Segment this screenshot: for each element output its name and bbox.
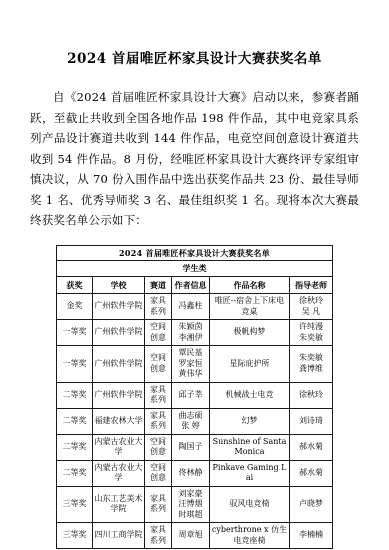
- award-cell: 二等奖: [56, 434, 92, 460]
- award-cell: 二等奖: [56, 460, 92, 486]
- track-cell: 家具 系列: [144, 486, 171, 523]
- table-row: 三等奖山东工艺美术学院家具 系列刘家豪 汪博烟 时琪超驭风电竞椅卢晓梦: [56, 486, 332, 523]
- track-cell: 空间 创意: [144, 320, 171, 346]
- award-cell: 金奖: [56, 294, 92, 320]
- advisors-cell: 李楠楠: [289, 523, 332, 549]
- school-cell: 四川工商学院: [92, 523, 144, 549]
- advisors-cell: 刘诗琦: [289, 408, 332, 434]
- school-cell: 福建农林大学: [92, 408, 144, 434]
- award-cell: 三等奖: [56, 523, 92, 549]
- advisors-cell: 许纯漫 朱奕敏: [289, 320, 332, 346]
- table-row: 一等奖广州软件学院空间 创意覃民基 罗家恒 黄伟华星际庇护所朱奕敏 龚博维: [56, 346, 332, 383]
- authors-cell: 佟林静: [171, 460, 209, 486]
- work-cell: 驭风电竞椅: [209, 486, 289, 523]
- track-cell: 家具 系列: [144, 523, 171, 549]
- track-cell: 家具 系列: [144, 294, 171, 320]
- table-row: 二等奖内蒙古农业大学空间 创意陶国子Sunshine of Santa Moni…: [56, 434, 332, 460]
- page-title: 2024 首届唯匠杯家具设计大赛获奖名单: [30, 47, 359, 67]
- award-cell: 二等奖: [56, 408, 92, 434]
- authors-cell: 曲志硕 张 婷: [171, 408, 209, 434]
- awards-table-head-section: 2024 首届唯匠杯家具设计大赛获奖名单 学生类 获奖 学校 赛道 作者信息 作…: [56, 245, 332, 294]
- table-row: 二等奖广州软件学院家具 系列邱子莘机械战士电竞徐秋玲: [56, 382, 332, 408]
- school-cell: 内蒙古农业大学: [92, 460, 144, 486]
- advisors-cell: 卢晓梦: [289, 486, 332, 523]
- table-section-row: 学生类: [56, 261, 332, 277]
- table-row: 三等奖四川工商学院家具 系列周章旭cyberthrone x 仿生电竞座椅李楠楠: [56, 523, 332, 549]
- work-cell: Sunshine of Santa Monica: [209, 434, 289, 460]
- advisors-cell: 朱奕敏 龚博维: [289, 346, 332, 383]
- advisors-cell: 徐秋玲 吴 凡: [289, 294, 332, 320]
- authors-cell: 冯鑫柱: [171, 294, 209, 320]
- award-cell: 一等奖: [56, 320, 92, 346]
- table-row: 金奖广州软件学院家具 系列冯鑫柱唯匠--宿舍上下床电竞桌徐秋玲 吴 凡: [56, 294, 332, 320]
- table-row: 二等奖福建农林大学家具 系列曲志硕 张 婷幻梦刘诗琦: [56, 408, 332, 434]
- col-header-award: 获奖: [56, 276, 92, 294]
- track-cell: 家具 系列: [144, 382, 171, 408]
- awards-table-body: 金奖广州软件学院家具 系列冯鑫柱唯匠--宿舍上下床电竞桌徐秋玲 吴 凡一等奖广州…: [56, 294, 332, 549]
- work-cell: 机械战士电竞: [209, 382, 289, 408]
- authors-cell: 陶国子: [171, 434, 209, 460]
- table-header-row: 获奖 学校 赛道 作者信息 作品名称 指导老师: [56, 276, 332, 294]
- work-cell: 星际庇护所: [209, 346, 289, 383]
- col-header-advisors: 指导老师: [289, 276, 332, 294]
- col-header-work: 作品名称: [209, 276, 289, 294]
- school-cell: 广州软件学院: [92, 346, 144, 383]
- school-cell: 广州软件学院: [92, 320, 144, 346]
- track-cell: 空间 创意: [144, 346, 171, 383]
- award-cell: 一等奖: [56, 346, 92, 383]
- table-row: 一等奖广州软件学院空间 创意朱颖茵 李湘伊极帆构梦许纯漫 朱奕敏: [56, 320, 332, 346]
- authors-cell: 邱子莘: [171, 382, 209, 408]
- authors-cell: 覃民基 罗家恒 黄伟华: [171, 346, 209, 383]
- award-cell: 二等奖: [56, 382, 92, 408]
- work-cell: 极帆构梦: [209, 320, 289, 346]
- col-header-track: 赛道: [144, 276, 171, 294]
- track-cell: 空间 创意: [144, 460, 171, 486]
- school-cell: 广州软件学院: [92, 294, 144, 320]
- col-header-school: 学校: [92, 276, 144, 294]
- table-title-row: 2024 首届唯匠杯家具设计大赛获奖名单: [56, 245, 332, 261]
- advisors-cell: 郝水菊: [289, 460, 332, 486]
- table-section-student: 学生类: [56, 261, 332, 277]
- advisors-cell: 徐秋玲: [289, 382, 332, 408]
- intro-paragraph: 自《2024 首届唯匠杯家具设计大赛》启动以来，参赛者踊跃，至截止共收到全国各地…: [30, 87, 359, 231]
- authors-cell: 周章旭: [171, 523, 209, 549]
- work-cell: 幻梦: [209, 408, 289, 434]
- school-cell: 广州软件学院: [92, 382, 144, 408]
- track-cell: 家具 系列: [144, 408, 171, 434]
- track-cell: 空间 创意: [144, 434, 171, 460]
- document-page: 2024 首届唯匠杯家具设计大赛获奖名单 自《2024 首届唯匠杯家具设计大赛》…: [0, 0, 389, 550]
- advisors-cell: 郝水菊: [289, 434, 332, 460]
- school-cell: 山东工艺美术学院: [92, 486, 144, 523]
- work-cell: 唯匠--宿舍上下床电竞桌: [209, 294, 289, 320]
- awards-table: 2024 首届唯匠杯家具设计大赛获奖名单 学生类 获奖 学校 赛道 作者信息 作…: [56, 245, 333, 550]
- school-cell: 内蒙古农业大学: [92, 434, 144, 460]
- col-header-authors: 作者信息: [171, 276, 209, 294]
- table-row: 二等奖内蒙古农业大学空间 创意佟林静Pinkave Gaming Lai郝水菊: [56, 460, 332, 486]
- work-cell: Pinkave Gaming Lai: [209, 460, 289, 486]
- work-cell: cyberthrone x 仿生电竞座椅: [209, 523, 289, 549]
- authors-cell: 刘家豪 汪博烟 时琪超: [171, 486, 209, 523]
- authors-cell: 朱颖茵 李湘伊: [171, 320, 209, 346]
- award-cell: 三等奖: [56, 486, 92, 523]
- table-title: 2024 首届唯匠杯家具设计大赛获奖名单: [56, 245, 332, 261]
